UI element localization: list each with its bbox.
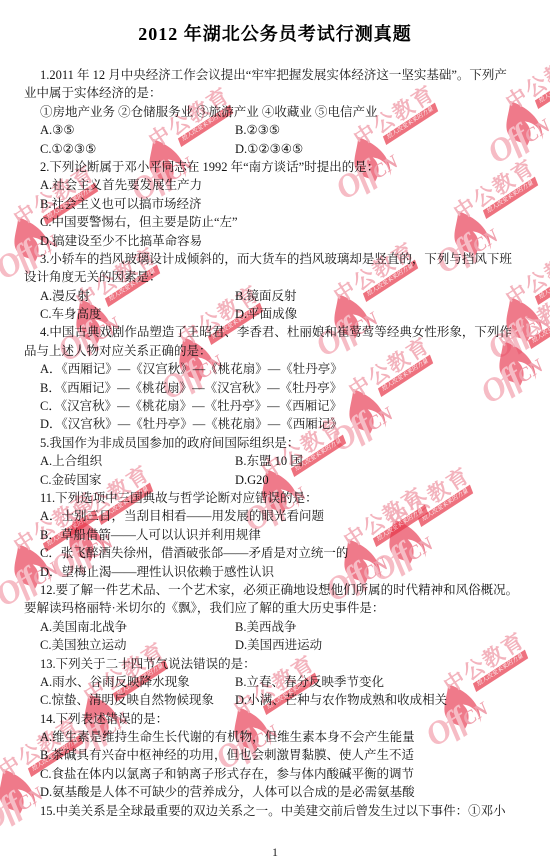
option-line: C.中国要警惕右，但主要是防止“左” bbox=[24, 213, 530, 231]
option-line: C.食盐在体内以氯离子和钠离子形式存在，参与体内酸碱平衡的调节 bbox=[24, 765, 530, 783]
option-row: C.金砖国家D.G20 bbox=[24, 471, 530, 489]
option-col1: A.上合组织 bbox=[40, 452, 235, 470]
option-line: A．士别三日，当刮目相看——用发展的眼光看问题 bbox=[24, 507, 530, 525]
option-col2: D.小满、芒种与农作物成熟和收成相关 bbox=[235, 691, 447, 709]
option-col1: C.惊蛰、清明反映自然物候现象 bbox=[40, 691, 235, 709]
option-col1: A.雨水、谷雨反映降水现象 bbox=[40, 673, 235, 691]
option-col1: C.美国独立运动 bbox=[40, 636, 235, 654]
option-row: A.上合组织B.东盟 10 国 bbox=[24, 452, 530, 470]
page-number: 1 bbox=[0, 845, 550, 860]
question-line: 11.下列选项中三国典故与哲学论断对应错误的是： bbox=[24, 489, 530, 507]
option-col2: D.G20 bbox=[235, 471, 269, 489]
question-line: 5.我国作为非成员国参加的政府间国际组织是： bbox=[24, 434, 530, 452]
option-line: C．张飞醉酒失徐州，借酒破张郃——矛盾是对立统一的 bbox=[24, 544, 530, 562]
document-lines: 1.2011 年 12 月中央经济工作会议提出“牢牢把握发展实体经济这一坚实基础… bbox=[24, 66, 530, 820]
question-line: 2.下列论断属于邓小平同志在 1992 年“南方谈话”时提出的是： bbox=[24, 158, 530, 176]
option-col1: A.③⑤ bbox=[40, 121, 235, 139]
question-line: 15.中美关系是全球最重要的双边关系之一。中美建交前后曾发生过以下事件：①邓小 bbox=[24, 802, 530, 820]
option-line: D.搞建设至少不比搞革命容易 bbox=[24, 232, 530, 250]
continuation-line: 要解读玛格丽特·米切尔的《飘》，我们应了解的重大历史事件是： bbox=[24, 599, 530, 617]
option-row: A.漫反射B.镜面反射 bbox=[24, 287, 530, 305]
option-line: D．《汉宫秋》—《牡丹亭》—《桃花扇》—《西厢记》 bbox=[24, 415, 530, 433]
watermark-tagline: 给人改变未来的力量 bbox=[528, 307, 550, 349]
option-row: C.惊蛰、清明反映自然物候现象D.小满、芒种与农作物成熟和收成相关 bbox=[24, 691, 530, 709]
continuation-line: 设计角度无关的因素是： bbox=[24, 268, 530, 286]
continuation-line: 业中属于实体经济的是： bbox=[24, 84, 530, 102]
option-row: C.车身高度D.平面成像 bbox=[24, 305, 530, 323]
option-row: A.雨水、谷雨反映降水现象B.立春、春分反映季节变化 bbox=[24, 673, 530, 691]
option-col2: D.平面成像 bbox=[235, 305, 297, 323]
option-line: D．望梅止渴——理性认识依赖于感性认识 bbox=[24, 563, 530, 581]
option-col2: B.立春、春分反映季节变化 bbox=[235, 673, 384, 691]
option-line: B.茶碱具有兴奋中枢神经的功用，但也会刺激胃黏膜、使人产生不适 bbox=[24, 746, 530, 764]
question-line: 12.要了解一件艺术品、一个艺术家，必须正确地设想他们所属的时代精神和风俗概况。 bbox=[24, 581, 530, 599]
option-col2: B.②③⑤ bbox=[235, 121, 280, 139]
option-col2: D.①②③④⑤ bbox=[235, 140, 303, 158]
question-line: 13.下列关于二十四节气说法错误的是： bbox=[24, 655, 530, 673]
option-row: C.①②③⑤D.①②③④⑤ bbox=[24, 140, 530, 158]
option-line: D.氨基酸是人体不可缺少的营养成分，人体可以合成的是必需氨基酸 bbox=[24, 783, 530, 801]
option-col2: B.美西战争 bbox=[235, 618, 296, 636]
option-col2: B.东盟 10 国 bbox=[235, 452, 303, 470]
question-line: 14.下列表述错误的是： bbox=[24, 710, 530, 728]
option-line: A.社会主义首先要发展生产力 bbox=[24, 176, 530, 194]
option-col1: A.美国南北战争 bbox=[40, 618, 235, 636]
continuation-line: 品与上述人物对应关系正确的是： bbox=[24, 342, 530, 360]
question-line: 4.中国古典戏剧作品塑造了王昭君、李香君、杜丽娘和崔莺莺等经典女性形象，下列作 bbox=[24, 323, 530, 341]
option-col1: C.车身高度 bbox=[40, 305, 235, 323]
option-line: B．草船借箭——人可以认识并利用规律 bbox=[24, 526, 530, 544]
document-title: 2012 年湖北公务员考试行测真题 bbox=[0, 20, 550, 46]
option-row: A.③⑤B.②③⑤ bbox=[24, 121, 530, 139]
question-line: 1.2011 年 12 月中央经济工作会议提出“牢牢把握发展实体经济这一坚实基础… bbox=[24, 66, 530, 84]
question-line: 3.小轿车的挡风玻璃设计成倾斜的，而大货车的挡风玻璃却是竖直的，下列与挡风下班 bbox=[24, 250, 530, 268]
option-col1: C.①②③⑤ bbox=[40, 140, 235, 158]
exam-page: 中公教育 给人改变未来的力量 OffCN 中公教育 给人改变未来的力量 OffC… bbox=[0, 0, 550, 866]
option-line: A．《西厢记》—《汉宫秋》—《桃花扇》—《牡丹亭》 bbox=[24, 360, 530, 378]
option-row: C.美国独立运动D.美国西进运动 bbox=[24, 636, 530, 654]
watermark-tagline: 给人改变未来的力量 bbox=[535, 67, 550, 109]
option-line: ①房地产业务 ②仓储服务业 ③旅游产业 ④收藏业 ⑤电信产业 bbox=[24, 103, 530, 121]
option-col2: B.镜面反射 bbox=[235, 287, 296, 305]
option-line: B.社会主义也可以搞市场经济 bbox=[24, 195, 530, 213]
option-row: A.美国南北战争B.美西战争 bbox=[24, 618, 530, 636]
option-line: B．《西厢记》—《桃花扇》—《汉宫秋》—《牡丹亭》 bbox=[24, 379, 530, 397]
watermark-tagline: 给人改变未来的力量 bbox=[535, 263, 550, 305]
option-col2: D.美国西进运动 bbox=[235, 636, 322, 654]
option-col1: C.金砖国家 bbox=[40, 471, 235, 489]
option-line: C．《汉宫秋》—《桃花扇》—《牡丹亭》—《西厢记》 bbox=[24, 397, 530, 415]
option-line: A.维生素是维持生命生长代谢的有机物，但维生素本身不会产生能量 bbox=[24, 728, 530, 746]
option-col1: A.漫反射 bbox=[40, 287, 235, 305]
